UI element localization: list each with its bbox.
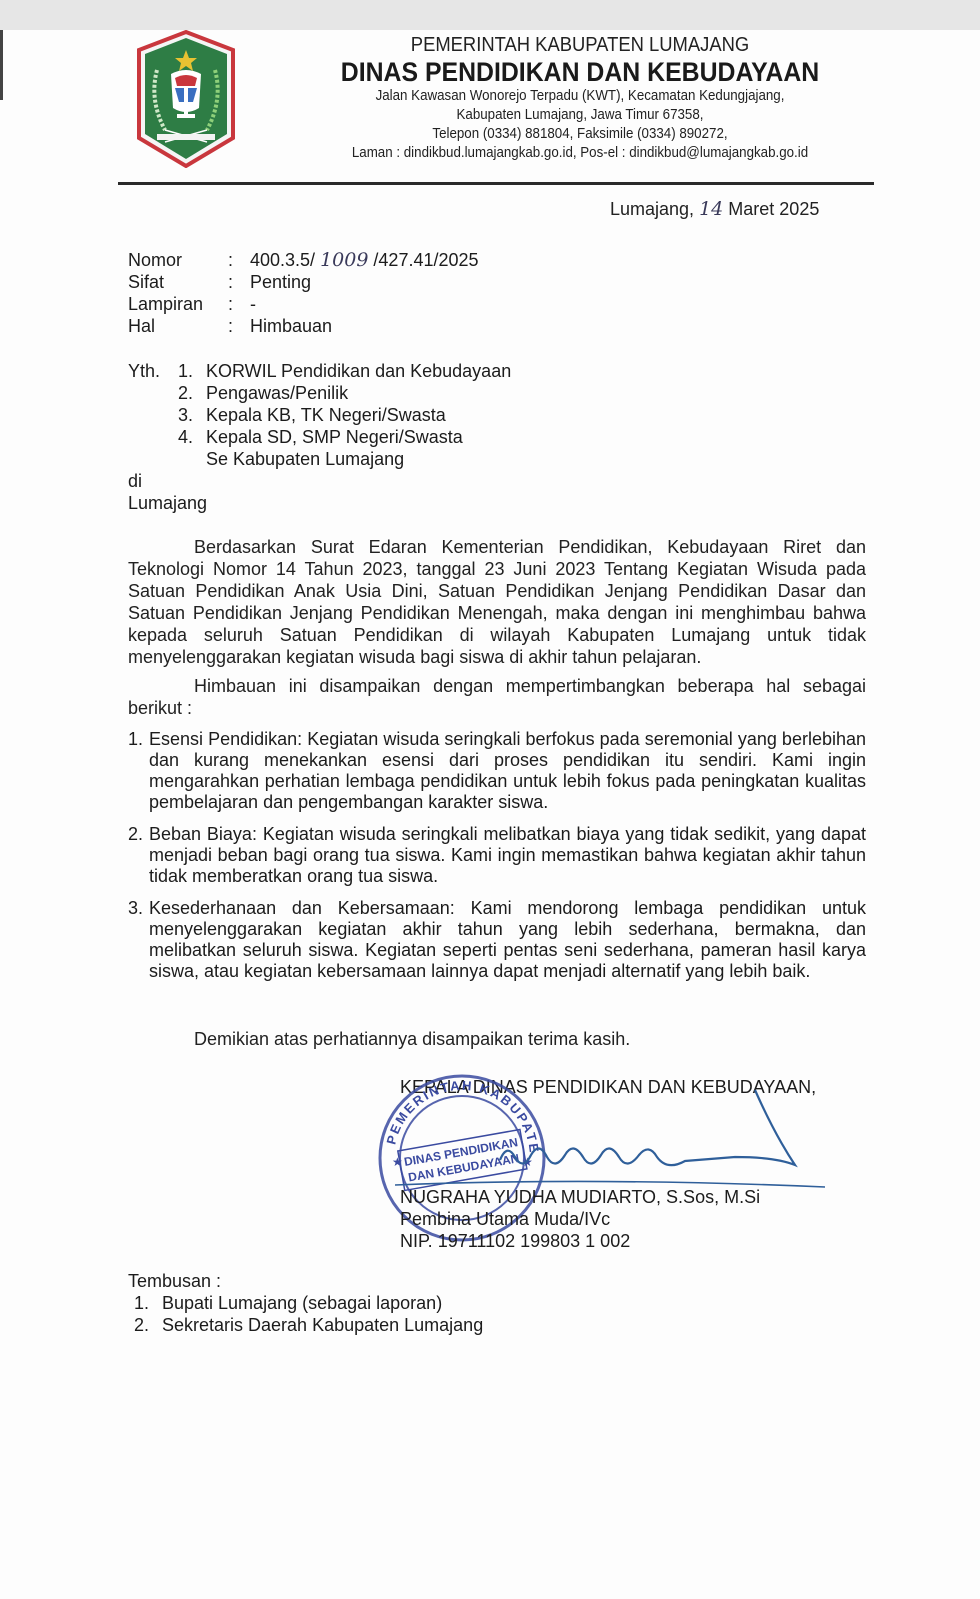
considerations-list: 1. Esensi Pendidikan: Kegiatan wisuda se… [128, 729, 866, 993]
kabupaten-lumajang-emblem-icon [135, 30, 237, 168]
nomor-suffix: /427.41/2025 [368, 250, 478, 270]
meta-label: Nomor [128, 249, 228, 271]
cc-num: 1. [134, 1292, 162, 1314]
meta-nomor: Nomor : 400.3.5/ 1009 /427.41/2025 [128, 249, 479, 271]
meta-value: 400.3.5/ 1009 /427.41/2025 [250, 249, 479, 271]
meta-label: Sifat [128, 271, 228, 293]
recipient-scope: Se Kabupaten Lumajang [128, 448, 511, 470]
recipient-text: KORWIL Pendidikan dan Kebudayaan [206, 360, 511, 382]
recipient-scope-text: Se Kabupaten Lumajang [206, 448, 404, 470]
meta-label: Lampiran [128, 293, 228, 315]
top-background-band [0, 0, 980, 30]
list-item-text: Esensi Pendidikan: Kegiatan wisuda serin… [149, 729, 866, 813]
date-place: Lumajang, [610, 199, 694, 219]
cc-text: Bupati Lumajang (sebagai laporan) [162, 1292, 442, 1314]
list-item-text: Kesederhanaan dan Kebersamaan: Kami mend… [149, 898, 866, 982]
meta-lampiran: Lampiran : - [128, 293, 479, 315]
date-day-handwritten: 14 [699, 198, 723, 220]
recipient-text: Kepala KB, TK Negeri/Swasta [206, 404, 446, 426]
meta-sep: : [228, 315, 250, 337]
meta-sep: : [228, 249, 250, 271]
body-paragraph-2: Himbauan ini disampaikan dengan memperti… [128, 675, 866, 719]
carbon-copy: Tembusan : 1. Bupati Lumajang (sebagai l… [128, 1270, 483, 1336]
list-item-text: Beban Biaya: Kegiatan wisuda seringkali … [149, 824, 866, 887]
signatory-rank: Pembina Utama Muda/IVc [400, 1208, 610, 1230]
meta-value: Penting [250, 271, 311, 293]
recipient-text: Kepala SD, SMP Negeri/Swasta [206, 426, 463, 448]
recipient-prefix: Yth. [128, 360, 178, 382]
meta-sep: : [228, 293, 250, 315]
signatory-nip: NIP. 19711102 199803 1 002 [400, 1230, 630, 1252]
letterhead: PEMERINTAH KABUPATEN LUMAJANG DINAS PEND… [250, 34, 910, 163]
carbon-copy-heading: Tembusan : [128, 1270, 483, 1292]
website-email-line: Laman : dindikbud.lumajangkab.go.id, Pos… [276, 144, 883, 163]
cc-num: 2. [134, 1314, 162, 1336]
meta-sifat: Sifat : Penting [128, 271, 479, 293]
recipient-item: Yth. 1. KORWIL Pendidikan dan Kebudayaan [128, 360, 511, 382]
letter-meta: Nomor : 400.3.5/ 1009 /427.41/2025 Sifat… [128, 249, 479, 337]
letter-date: Lumajang, 14 Maret 2025 [610, 198, 819, 220]
carbon-copy-item: 2. Sekretaris Daerah Kabupaten Lumajang [128, 1314, 483, 1336]
nomor-handwritten: 1009 [320, 249, 368, 271]
page-edge-shadow [0, 30, 3, 100]
recipient-text: Pengawas/Penilik [206, 382, 348, 404]
date-month-year: Maret 2025 [728, 199, 819, 219]
meta-label: Hal [128, 315, 228, 337]
list-item-num: 3. [128, 898, 149, 982]
recipient-num: 4. [178, 426, 206, 448]
letterhead-divider [118, 182, 874, 185]
contact-line: Telepon (0334) 881804, Faksimile (0334) … [276, 125, 883, 144]
recipient-item: 2. Pengawas/Penilik [128, 382, 511, 404]
closing-sentence: Demikian atas perhatiannya disampaikan t… [194, 1028, 630, 1050]
government-name: PEMERINTAH KABUPATEN LUMAJANG [276, 34, 883, 56]
recipient-num: 1. [178, 360, 206, 382]
list-item: 2. Beban Biaya: Kegiatan wisuda seringka… [128, 824, 866, 887]
address-line-2: Kabupaten Lumajang, Jawa Timur 67358, [276, 106, 883, 125]
cc-text: Sekretaris Daerah Kabupaten Lumajang [162, 1314, 483, 1336]
address-line-1: Jalan Kawasan Wonorejo Terpadu (KWT), Ke… [276, 87, 883, 106]
recipient-location: Lumajang [128, 492, 511, 514]
recipient-num: 2. [178, 382, 206, 404]
list-item-num: 2. [128, 824, 149, 887]
recipient-di: di [128, 470, 511, 492]
list-item: 1. Esensi Pendidikan: Kegiatan wisuda se… [128, 729, 866, 813]
recipient-num: 3. [178, 404, 206, 426]
meta-hal: Hal : Himbauan [128, 315, 479, 337]
meta-value: - [250, 293, 256, 315]
recipients: Yth. 1. KORWIL Pendidikan dan Kebudayaan… [128, 360, 511, 514]
body-paragraph-1: Berdasarkan Surat Edaran Kementerian Pen… [128, 536, 866, 668]
recipient-item: 4. Kepala SD, SMP Negeri/Swasta [128, 426, 511, 448]
signatory-name: NUGRAHA YUDHA MUDIARTO, S.Sos, M.Si [400, 1186, 760, 1208]
agency-name: DINAS PENDIDIKAN DAN KEBUDAYAAN [276, 57, 883, 87]
list-item: 3. Kesederhanaan dan Kebersamaan: Kami m… [128, 898, 866, 982]
nomor-prefix: 400.3.5/ [250, 250, 320, 270]
recipient-item: 3. Kepala KB, TK Negeri/Swasta [128, 404, 511, 426]
meta-value: Himbauan [250, 315, 332, 337]
meta-sep: : [228, 271, 250, 293]
carbon-copy-item: 1. Bupati Lumajang (sebagai laporan) [128, 1292, 483, 1314]
list-item-num: 1. [128, 729, 149, 813]
